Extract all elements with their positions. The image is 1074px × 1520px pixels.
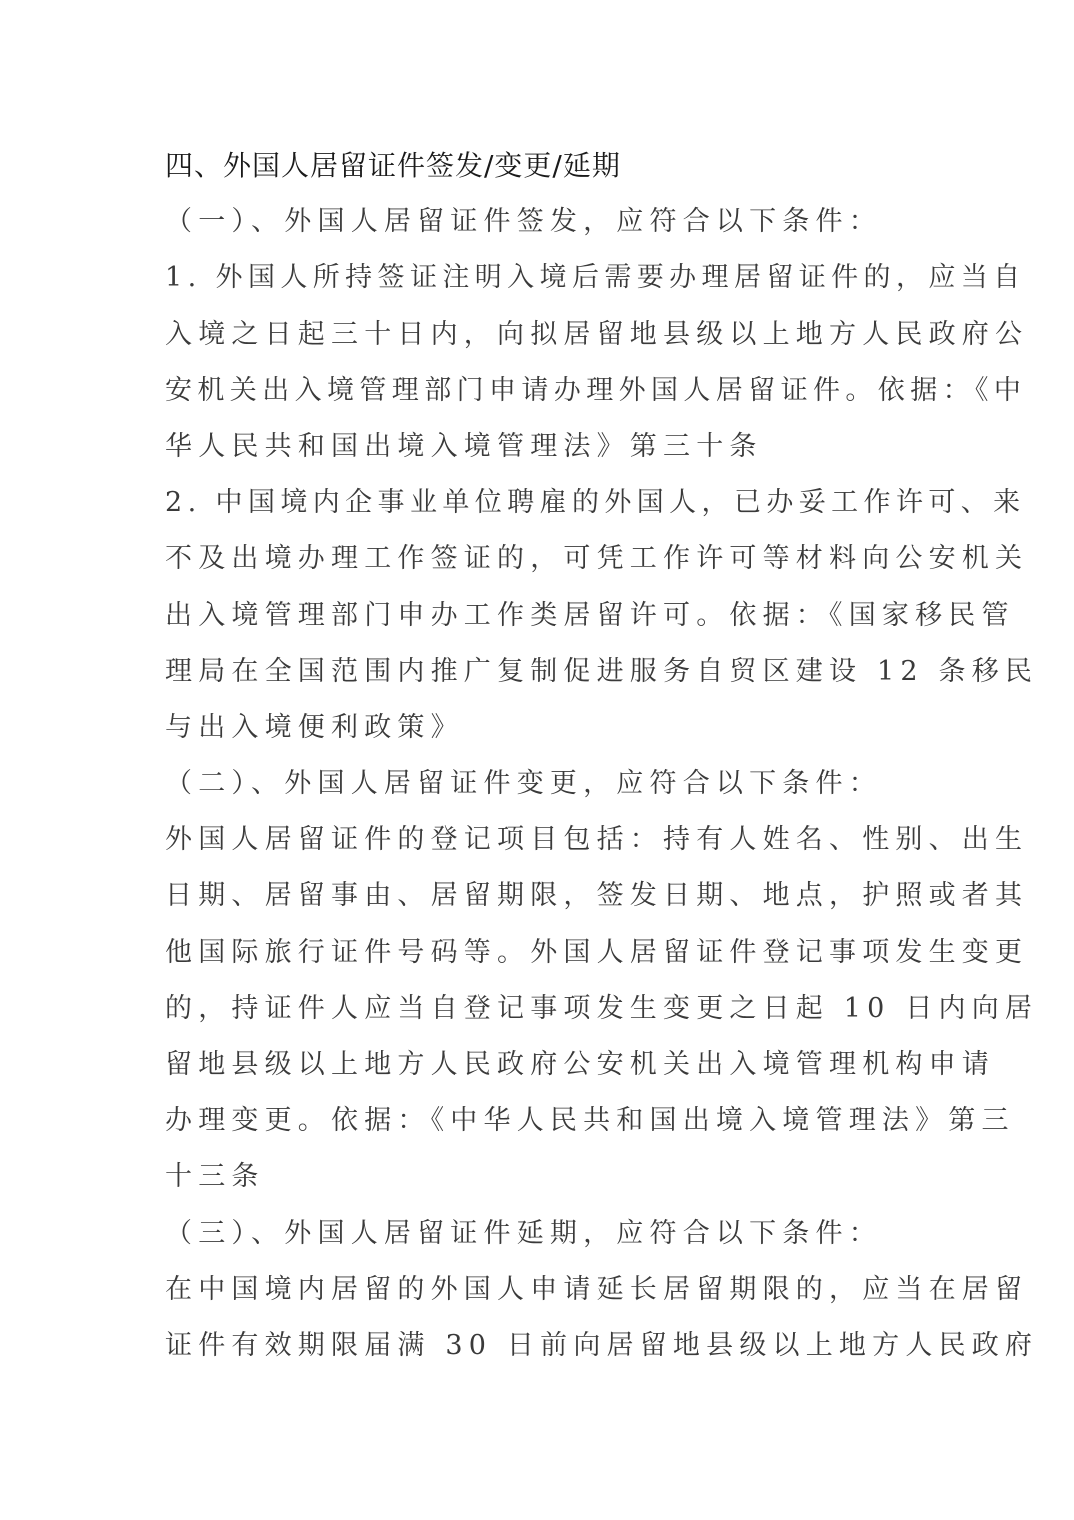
paragraph-line: 2. 中国境内企事业单位聘雇的外国人，已办妥工作许可、来: [165, 475, 925, 531]
paragraph-line: 办理变更。依据：《中华人民共和国出境入境管理法》第三: [165, 1093, 925, 1149]
section-heading: （二）、外国人居留证件变更，应符合以下条件：: [165, 756, 925, 812]
paragraph-line: 外国人居留证件的登记项目包括：持有人姓名、性别、出生: [165, 812, 925, 868]
paragraph-line: 的，持证件人应当自登记事项发生变更之日起 10 日内向居: [165, 981, 925, 1037]
paragraph-line: 不及出境办理工作签证的，可凭工作许可等材料向公安机关: [165, 531, 925, 587]
document-title: 四、外国人居留证件签发/变更/延期: [165, 138, 925, 194]
section-heading: （一）、外国人居留证件签发，应符合以下条件：: [165, 194, 925, 250]
paragraph-line: 入境之日起三十日内，向拟居留地县级以上地方人民政府公: [165, 307, 925, 363]
paragraph-line: 留地县级以上地方人民政府公安机关出入境管理机构申请: [165, 1037, 925, 1093]
section-extension: （三）、外国人居留证件延期，应符合以下条件： 在中国境内居留的外国人申请延长居留…: [165, 1206, 925, 1375]
paragraph-line: 证件有效期限届满 30 日前向居留地县级以上地方人民政府: [165, 1318, 925, 1374]
paragraph-line: 与出入境便利政策》: [165, 700, 925, 756]
paragraph-line: 华人民共和国出境入境管理法》第三十条: [165, 419, 925, 475]
paragraph-line: 安机关出入境管理部门申请办理外国人居留证件。依据：《中: [165, 363, 925, 419]
section-change: （二）、外国人居留证件变更，应符合以下条件： 外国人居留证件的登记项目包括：持有…: [165, 756, 925, 1206]
section-heading: （三）、外国人居留证件延期，应符合以下条件：: [165, 1206, 925, 1262]
section-issuance: （一）、外国人居留证件签发，应符合以下条件： 1. 外国人所持签证注明入境后需要…: [165, 194, 925, 756]
document-page: 四、外国人居留证件签发/变更/延期 （一）、外国人居留证件签发，应符合以下条件：…: [165, 138, 925, 1374]
paragraph-line: 1. 外国人所持签证注明入境后需要办理居留证件的，应当自: [165, 250, 925, 306]
paragraph-line: 出入境管理部门申办工作类居留许可。依据：《国家移民管: [165, 588, 925, 644]
paragraph-line: 他国际旅行证件号码等。外国人居留证件登记事项发生变更: [165, 925, 925, 981]
paragraph-line: 日期、居留事由、居留期限，签发日期、地点，护照或者其: [165, 868, 925, 924]
paragraph-line: 理局在全国范围内推广复制促进服务自贸区建设 12 条移民: [165, 644, 925, 700]
paragraph-line: 十三条: [165, 1149, 925, 1205]
paragraph-line: 在中国境内居留的外国人申请延长居留期限的，应当在居留: [165, 1262, 925, 1318]
